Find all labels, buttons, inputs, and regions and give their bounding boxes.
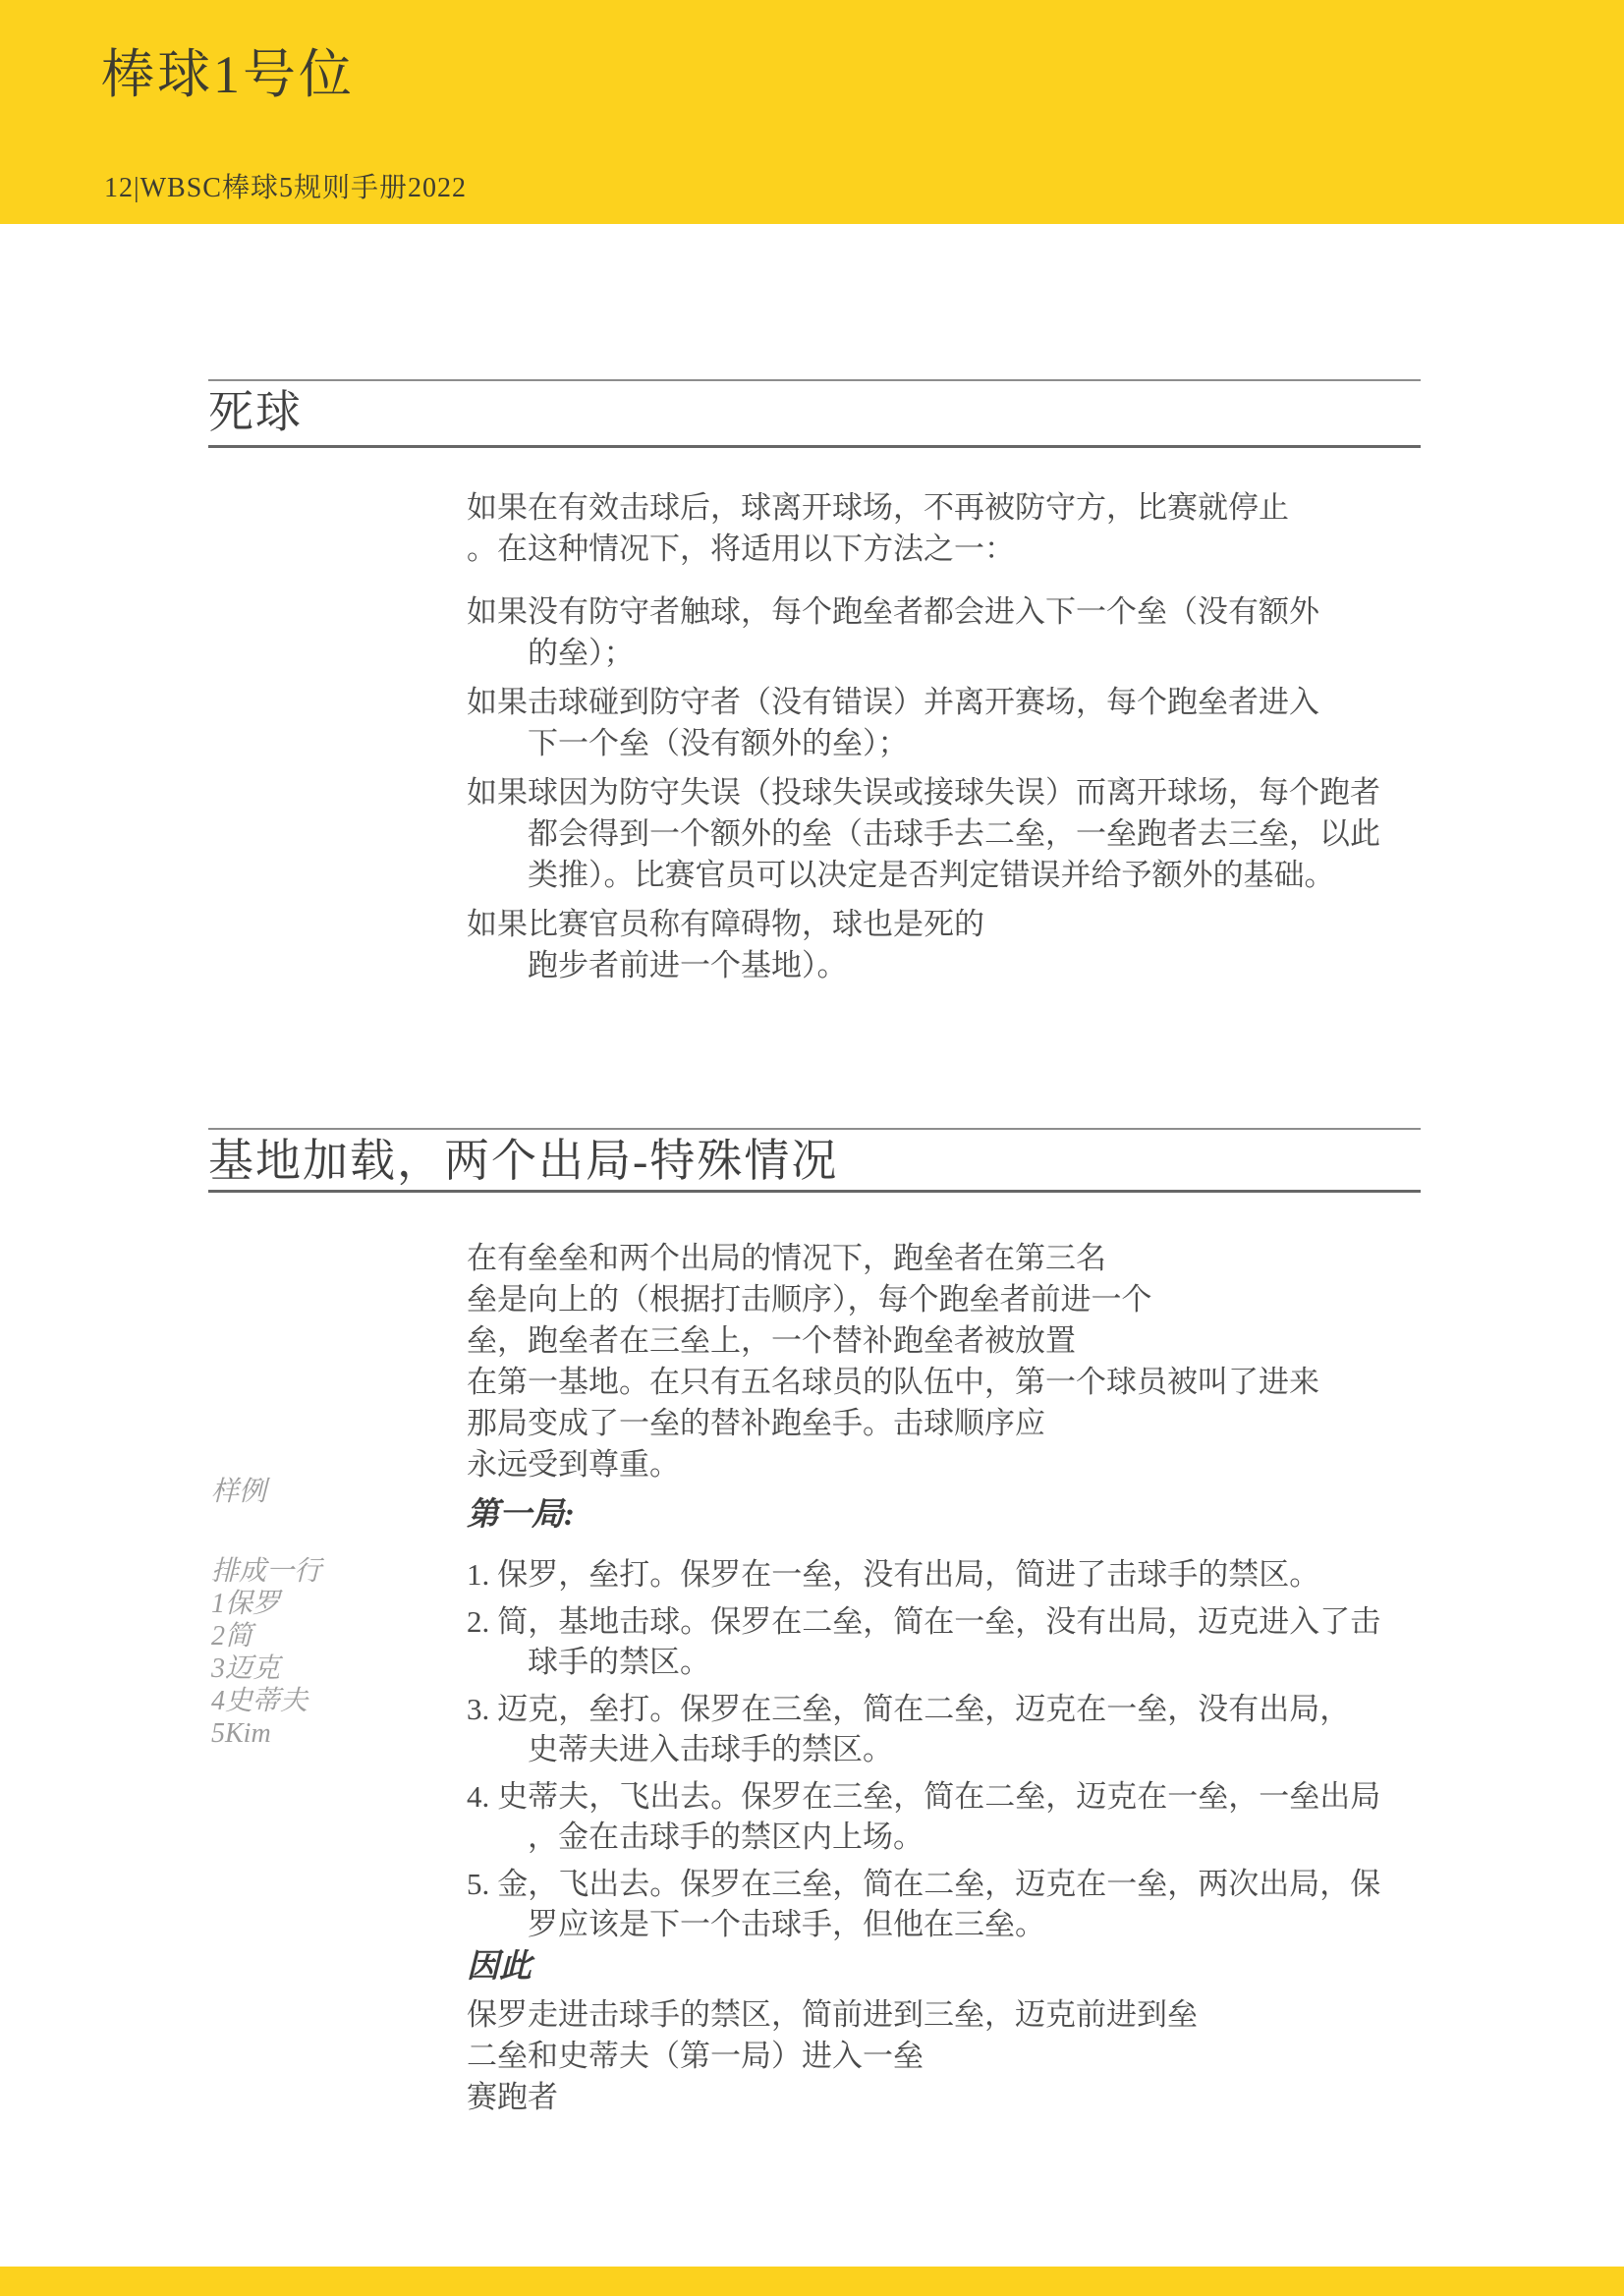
conclusion-heading: 因此	[467, 1947, 1198, 1987]
item-text: 金，飞出去。保罗在三垒，简在二垒，迈克在一垒，两次出局，保	[497, 1867, 1380, 1901]
section1-rule-top	[208, 379, 1421, 381]
sidebar-label: 样例	[211, 1476, 321, 1508]
item-text: 简，基地击球。保罗在二垒，简在一垒，没有出局，迈克进入了击	[497, 1604, 1380, 1639]
paragraph-line: 如果在有效击球后，球离开球场，不再被防守方，比赛就停止	[467, 487, 1380, 529]
paragraph-line: 。在这种情况下，将适用以下方法之一：	[467, 529, 1380, 570]
inning-item-list: 1.保罗，垒打。保罗在一垒，没有出局，简进了击球手的禁区。 2.简，基地击球。保…	[467, 1554, 1380, 1944]
list-marker: 5.	[467, 1864, 489, 1904]
lineup-entry: 1保罗	[211, 1588, 321, 1620]
paragraph-line: 如果击球碰到防守者（没有错误）并离开赛场，每个跑垒者进入	[467, 682, 1380, 723]
paragraph-line: 4.史蒂夫，飞出去。保罗在三垒，简在二垒，迈克在一垒，一垒出局	[467, 1776, 1380, 1817]
paragraph-line: 下一个垒（没有额外的垒）；	[528, 723, 1380, 764]
paragraph-line: 的垒）；	[528, 633, 1380, 674]
manual-page: 棒球1号位 12|WBSC棒球5规则手册2022 死球 如果在有效击球后，球离开…	[0, 0, 1624, 2296]
section2-rule-top	[208, 1128, 1421, 1130]
document-title: 棒球1号位	[101, 45, 355, 104]
paragraph-line: 赛跑者	[467, 2077, 1198, 2118]
paragraph-line: 在有垒垒和两个出局的情况下，跑垒者在第三名	[467, 1238, 1319, 1279]
page-footer-band	[0, 2267, 1624, 2296]
inning-item: 3.迈克，垒打。保罗在三垒，简在二垒，迈克在一垒，没有出局， 史蒂夫进入击球手的…	[467, 1689, 1380, 1769]
inning-item: 5.金，飞出去。保罗在三垒，简在二垒，迈克在一垒，两次出局，保 罗应该是下一个击…	[467, 1864, 1380, 1944]
inning-item: 1.保罗，垒打。保罗在一垒，没有出局，简进了击球手的禁区。	[467, 1554, 1380, 1595]
paragraph-line: 类推）。比赛官员可以决定是否判定错误并给予额外的基础。	[528, 855, 1380, 896]
item-text: 保罗，垒打。保罗在一垒，没有出局，简进了击球手的禁区。	[497, 1557, 1319, 1592]
page-number-line: 12|WBSC棒球5规则手册2022	[104, 173, 467, 204]
dead-ball-rule: 如果比赛官员称有障碍物，球也是死的 跑步者前进一个基地）。	[467, 904, 1380, 986]
paragraph-line: 垒是向上的（根据打击顺序），每个跑垒者前进一个	[467, 1279, 1319, 1320]
section1-intro: 如果在有效击球后，球离开球场，不再被防守方，比赛就停止 。在这种情况下，将适用以…	[467, 487, 1380, 570]
paragraph-line: 都会得到一个额外的垒（击球手去二垒，一垒跑者去三垒，以此	[528, 813, 1380, 855]
lineup-entry: 4史蒂夫	[211, 1685, 321, 1717]
paragraph-line: 罗应该是下一个击球手，但他在三垒。	[528, 1904, 1380, 1944]
section1-heading: 死球	[208, 385, 303, 440]
lineup-entry: 2简	[211, 1620, 321, 1652]
dead-ball-rule-list: 如果没有防守者触球，每个跑垒者都会进入下一个垒（没有额外 的垒）； 如果击球碰到…	[467, 591, 1380, 986]
list-marker: 4.	[467, 1776, 489, 1817]
section1-rule-bottom	[208, 445, 1421, 448]
paragraph-line: 如果球因为防守失误（投球失误或接球失误）而离开球场，每个跑者	[467, 772, 1380, 813]
paragraph-line: 那局变成了一垒的替补跑垒手。击球顺序应	[467, 1403, 1319, 1444]
sidebar-lineup: 排成一行 1保罗 2简 3迈克 4史蒂夫 5Kim	[211, 1555, 321, 1750]
inning-item: 2.简，基地击球。保罗在二垒，简在一垒，没有出局，迈克进入了击 球手的禁区。	[467, 1601, 1380, 1682]
paragraph-line: ，金在击球手的禁区内上场。	[528, 1817, 1380, 1857]
paragraph-line: 1.保罗，垒打。保罗在一垒，没有出局，简进了击球手的禁区。	[467, 1554, 1380, 1595]
list-marker: 3.	[467, 1689, 489, 1729]
example-sidebar: 样例 排成一行 1保罗 2简 3迈克 4史蒂夫 5Kim	[211, 1476, 321, 1750]
item-text: 迈克，垒打。保罗在三垒，简在二垒，迈克在一垒，没有出局，	[497, 1692, 1350, 1726]
dead-ball-rule: 如果球因为防守失误（投球失误或接球失误）而离开球场，每个跑者 都会得到一个额外的…	[467, 772, 1380, 896]
paragraph-line: 2.简，基地击球。保罗在二垒，简在一垒，没有出局，迈克进入了击	[467, 1601, 1380, 1642]
page-header-band: 棒球1号位 12|WBSC棒球5规则手册2022	[0, 0, 1624, 224]
section2-rule-bottom	[208, 1190, 1421, 1193]
conclusion-block: 因此 保罗走进击球手的禁区，简前进到三垒，迈克前进到垒 二垒和史蒂夫（第一局）进…	[467, 1947, 1198, 2118]
paragraph-line: 在第一基地。在只有五名球员的队伍中，第一个球员被叫了进来	[467, 1362, 1319, 1403]
section2-body: 在有垒垒和两个出局的情况下，跑垒者在第三名 垒是向上的（根据打击顺序），每个跑垒…	[467, 1238, 1319, 1485]
dead-ball-rule: 如果击球碰到防守者（没有错误）并离开赛场，每个跑垒者进入 下一个垒（没有额外的垒…	[467, 682, 1380, 764]
dead-ball-rule: 如果没有防守者触球，每个跑垒者都会进入下一个垒（没有额外 的垒）；	[467, 591, 1380, 674]
lineup-entry: 3迈克	[211, 1652, 321, 1685]
lineup-title: 排成一行	[211, 1555, 321, 1588]
paragraph-line: 垒，跑垒者在三垒上，一个替补跑垒者被放置	[467, 1320, 1319, 1362]
section2-heading: 基地加载，两个出局-特殊情况	[208, 1134, 838, 1189]
paragraph-line: 球手的禁区。	[528, 1642, 1380, 1682]
paragraph-line: 史蒂夫进入击球手的禁区。	[528, 1729, 1380, 1769]
list-marker: 2.	[467, 1601, 489, 1642]
paragraph-line: 5.金，飞出去。保罗在三垒，简在二垒，迈克在一垒，两次出局，保	[467, 1864, 1380, 1904]
list-marker: 1.	[467, 1554, 489, 1595]
paragraph-line: 永远受到尊重。	[467, 1444, 1319, 1485]
paragraph-line: 跑步者前进一个基地）。	[528, 945, 1380, 986]
paragraph-line: 3.迈克，垒打。保罗在三垒，简在二垒，迈克在一垒，没有出局，	[467, 1689, 1380, 1729]
paragraph-line: 如果比赛官员称有障碍物，球也是死的	[467, 904, 1380, 945]
paragraph-line: 保罗走进击球手的禁区，简前进到三垒，迈克前进到垒	[467, 1994, 1198, 2036]
inning-item: 4.史蒂夫，飞出去。保罗在三垒，简在二垒，迈克在一垒，一垒出局 ，金在击球手的禁…	[467, 1776, 1380, 1857]
item-text: 史蒂夫，飞出去。保罗在三垒，简在二垒，迈克在一垒，一垒出局	[497, 1779, 1380, 1814]
lineup-entry: 5Kim	[211, 1717, 321, 1750]
paragraph-line: 如果没有防守者触球，每个跑垒者都会进入下一个垒（没有额外	[467, 591, 1380, 633]
conclusion-lines: 保罗走进击球手的禁区，简前进到三垒，迈克前进到垒 二垒和史蒂夫（第一局）进入一垒…	[467, 1994, 1198, 2118]
paragraph-line: 二垒和史蒂夫（第一局）进入一垒	[467, 2036, 1198, 2077]
first-inning-block: 第一局: 1.保罗，垒打。保罗在一垒，没有出局，简进了击球手的禁区。 2.简，基…	[467, 1495, 1380, 1944]
inning-heading: 第一局:	[467, 1495, 1380, 1535]
section1-body: 如果在有效击球后，球离开球场，不再被防守方，比赛就停止 。在这种情况下，将适用以…	[467, 487, 1380, 986]
